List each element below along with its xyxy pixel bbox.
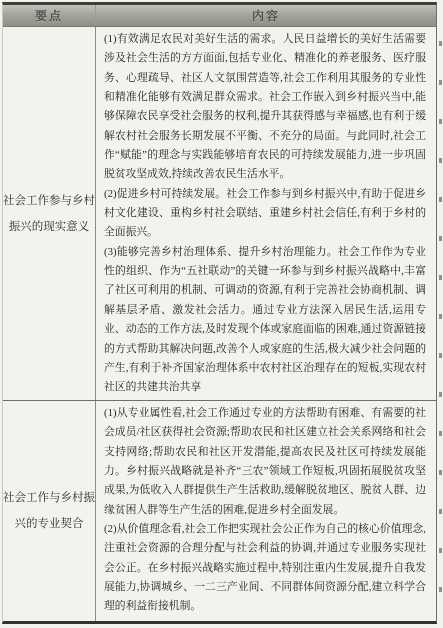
content-paragraph: (1)从专业属性看,社会工作通过专业的方法帮助有困难、有需要的社会成员/社区获得… — [104, 404, 426, 520]
content-paragraph: (2)从价值理念看,社会工作把实现社会公正作为自己的核心价值理念,注重社会资源的… — [104, 520, 426, 617]
header-cell-key-points: 要点 — [3, 5, 95, 26]
topic-cell-professional-fit: 社会工作与乡村振 兴的专业契合 — [3, 401, 96, 621]
table-header-row: 要点 内容 — [3, 5, 436, 27]
table-row-professional-fit: 社会工作与乡村振 兴的专业契合 (1)从专业属性看,社会工作通过专业的方法帮助有… — [3, 401, 436, 621]
topic-cell-significance: 社会工作参与乡村 振兴的现实意义 — [3, 27, 96, 400]
content-paragraph: (2)促进乡村可持续发展。社会工作参与到乡村振兴中,有助于促进乡村文化建设、重构… — [104, 185, 426, 243]
content-cell-professional-fit: (1)从专业属性看,社会工作通过专业的方法帮助有困难、有需要的社会成员/社区获得… — [96, 401, 436, 621]
topic-label-line: 振兴的现实意义 — [9, 214, 90, 240]
topic-label-line: 社会工作与乡村振 — [3, 485, 95, 511]
key-points-content-table: 要点 内容 社会工作参与乡村 振兴的现实意义 (1)有效满足农民对美好生活的需求… — [2, 2, 437, 624]
content-cell-significance: (1)有效满足农民对美好生活的需求。人民日益增长的美好生活需要涉及社会生活的方方… — [96, 27, 436, 400]
topic-label-line: 兴的专业契合 — [15, 511, 84, 537]
content-paragraph: (1)有效满足农民对美好生活的需求。人民日益增长的美好生活需要涉及社会生活的方方… — [104, 30, 426, 185]
table-row-significance: 社会工作参与乡村 振兴的现实意义 (1)有效满足农民对美好生活的需求。人民日益增… — [3, 27, 436, 401]
topic-label-line: 社会工作参与乡村 — [3, 188, 95, 214]
scanned-document-page: 要点 内容 社会工作参与乡村 振兴的现实意义 (1)有效满足农民对美好生活的需求… — [0, 0, 443, 628]
scan-edge-artifacts — [439, 30, 442, 600]
content-paragraph: (3)能够完善乡村治理体系、提升乡村治理能力。社会工作作为专业性的组织、作为“五… — [104, 243, 426, 398]
header-cell-content: 内容 — [95, 5, 436, 26]
